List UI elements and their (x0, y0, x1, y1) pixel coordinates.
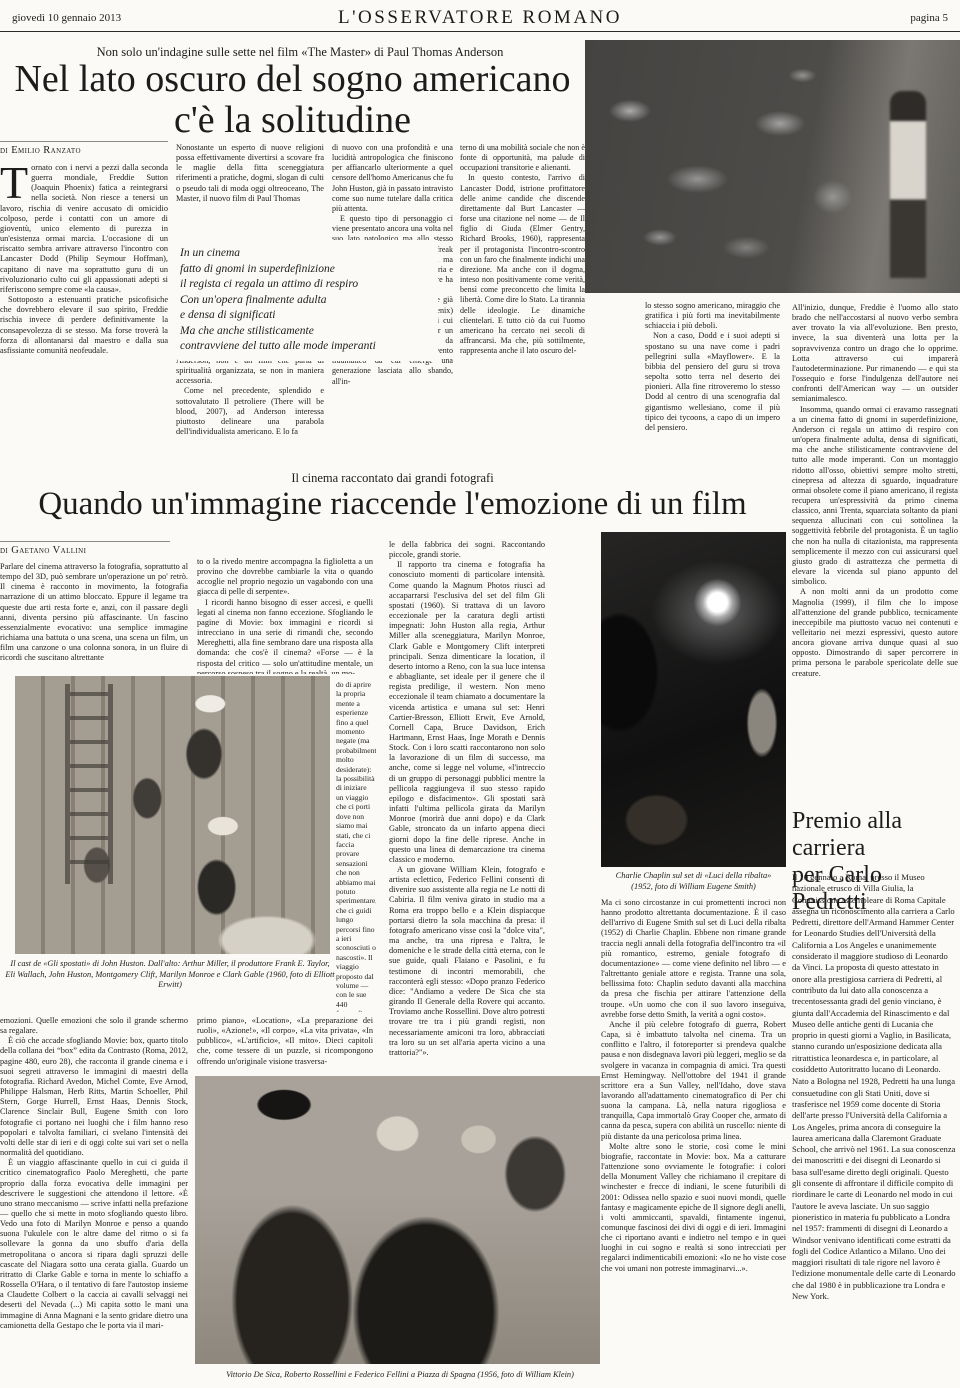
article1-column-5: lo stesso sogno americano, miraggio che … (645, 301, 780, 465)
pull-quote: In un cinema fatto di gnomi in superdefi… (178, 240, 438, 361)
fellini-caption: Vittorio De Sica, Roberto Rossellini e F… (150, 1370, 650, 1381)
chaplin-limelight-photo (601, 532, 786, 867)
article1-byline: di Emilio Ranzato (0, 145, 168, 156)
paragraph: primo piano», «Location», «La preparazio… (197, 1016, 373, 1067)
paragraph: di nuovo con una profondità e una lucidi… (332, 143, 453, 214)
article1-headline-line1: Nel lato oscuro del sogno americano (0, 59, 585, 100)
chaplin-caption-line2: (1952, foto di William Eugene Smith) (601, 882, 786, 893)
paragraph: Molte altre sono le storie, così come le… (601, 1142, 786, 1274)
pull-quote-line: contravviene del tutto alle mode imperan… (180, 339, 438, 354)
paragraph: Ma ci sono circostanze in cui promettent… (601, 898, 786, 1020)
paragraph: Nonostante un esperto di nuove religioni… (176, 143, 324, 204)
premio-heading-line1: Premio alla carriera (792, 808, 958, 862)
newspaper-page: giovedì 10 gennaio 2013 L'OSSERVATORE RO… (0, 0, 960, 1388)
article1-headline-line2: c'è la solitudine (0, 100, 585, 141)
pull-quote-line: il regista ci regala un attimo di respir… (180, 277, 438, 292)
fellini-piazza-di-spagna-photo (195, 1076, 600, 1364)
pull-quote-line: fatto di gnomi in superdefinizione (180, 262, 438, 277)
paragraph: to o la rivedo mentre accompagna la figl… (197, 557, 373, 598)
pull-quote-line: Ma che anche stilisticamente (180, 324, 438, 339)
pull-quote-line: e densa di significati (180, 308, 438, 323)
pull-quote-line: Con un'opera finalmente adulta (180, 293, 438, 308)
ladder-shape (65, 684, 113, 884)
article2-column-2-narrow-strip: do di aprire la propria mente a esperien… (336, 680, 376, 1012)
paragraph: lo stesso sogno americano, miraggio che … (645, 301, 780, 331)
article2-kicker: Il cinema raccontato dai grandi fotograf… (0, 471, 785, 486)
article2-column-1-top: Parlare del cinema attraverso la fotogra… (0, 562, 188, 676)
paragraph: Il 10 gennaio a Roma, presso il Museo na… (792, 872, 958, 1075)
page-number: pagina 5 (910, 12, 948, 24)
article2-column-3: le della fabbrica dei sogni. Raccontando… (389, 540, 545, 1070)
premio-body: Il 10 gennaio a Roma, presso il Museo na… (792, 872, 958, 1384)
paragraph: A non molti anni da un prodotto come Mag… (792, 587, 958, 678)
chaplin-caption-line1: Charlie Chaplin sul set di «Luci della r… (601, 871, 786, 882)
paragraph: Nato a Bologna nel 1928, Pedretti ha una… (792, 1076, 958, 1302)
paragraph: do di aprire la propria mente a esperien… (336, 680, 376, 1012)
paragraph: Non a caso, Dodd e i suoi adepti si spos… (645, 331, 780, 433)
the-master-film-still (585, 40, 960, 293)
article2-column-1-bottom: emozioni. Quelle emozioni che solo il gr… (0, 1016, 188, 1388)
article2-byline: di Gaetano Vallini (0, 545, 170, 556)
paragraph: I ricordi hanno bisogno di esser accesi,… (197, 598, 373, 674)
paragraph: Anche il più celebre fotografo di guerra… (601, 1020, 786, 1142)
article2-headline: Quando un'immagine riaccende l'emozione … (0, 486, 785, 522)
article1-column-1: Tornato con i nervi a pezzi dalla second… (0, 163, 168, 465)
paragraph: Sottoposto a estenuanti pratiche psicofi… (0, 295, 168, 356)
article1-column-2-top: Nonostante un esperto di nuove religioni… (176, 143, 324, 243)
paragraph: Tornato con i nervi a pezzi dalla second… (0, 163, 168, 295)
article1-column-2-bottom: Anderson, non è un film che parla di spi… (176, 356, 324, 466)
dropcap: T (0, 163, 31, 201)
article1-column-4: terno di una mobilità sociale che non è … (460, 143, 585, 465)
gli-spostati-caption: Il cast de «Gli spostati» di John Huston… (5, 959, 335, 991)
paragraph: Come nel precedente, splendido e sottova… (176, 386, 324, 437)
masthead: L'OSSERVATORE ROMANO (0, 7, 960, 29)
paragraph: All'inizio, dunque, Freddie è l'uomo all… (792, 303, 958, 405)
paragraph: Il rapporto tra cinema e fotografia ha c… (389, 560, 545, 865)
byline-rule (0, 541, 170, 542)
article2-column-4: Charlie Chaplin sul set di «Luci della r… (601, 532, 786, 1376)
article2-column-4-text: Ma ci sono circostanze in cui promettent… (601, 898, 786, 1376)
pull-quote-line: In un cinema (180, 246, 438, 261)
paragraph: Insomma, quando ormai ci eravamo rassegn… (792, 405, 958, 588)
paragraph: In questo contesto, l'arrivo di Lancaste… (460, 173, 585, 356)
gli-spostati-cast-photo (15, 676, 330, 954)
article1-headline: Nel lato oscuro del sogno americano c'è … (0, 59, 585, 141)
paragraph: le della fabbrica dei sogni. Raccontando… (389, 540, 545, 560)
paragraph: Parlare del cinema attraverso la fotogra… (0, 562, 188, 664)
article1-column-6: All'inizio, dunque, Freddie è l'uomo all… (792, 303, 958, 795)
byline-rule (0, 141, 168, 142)
paragraph: Anderson, non è un film che parla di spi… (176, 356, 324, 386)
paragraph: emozioni. Quelle emozioni che solo il gr… (0, 1016, 188, 1036)
header-rule (0, 31, 960, 32)
paragraph: A un giovane William Klein, fotografo e … (389, 865, 545, 1058)
paragraph: terno di una mobilità sociale che non è … (460, 143, 585, 173)
paragraph: È ciò che accade sfogliando Movie: box, … (0, 1036, 188, 1158)
article2-column-2-bottom: primo piano», «Location», «La preparazio… (197, 1016, 373, 1072)
paragraph: È un viaggio affascinante quello in cui … (0, 1158, 188, 1331)
article2-column-2-top: to o la rivedo mentre accompagna la figl… (197, 557, 373, 674)
